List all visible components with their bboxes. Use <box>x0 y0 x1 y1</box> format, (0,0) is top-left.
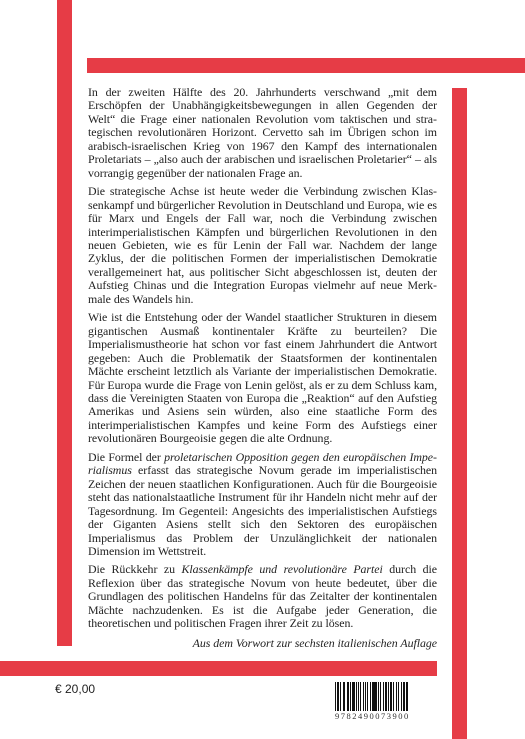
price-label: € 20,00 <box>55 682 95 696</box>
paragraph: Die Rückkehr zu Klassenkämpfe und revolu… <box>88 563 437 630</box>
paragraph: Die Formel der proletarischen Opposition… <box>88 451 437 559</box>
right-red-bar <box>452 88 467 739</box>
text-segment: Die Rückkehr zu <box>88 562 182 576</box>
barcode-bars <box>335 682 431 711</box>
barcode-bar <box>407 682 408 711</box>
text-segment: Wie ist die Entstehung oder der Wandel s… <box>88 310 437 445</box>
text-segment: erfasst das strategische Novum gerade im… <box>88 463 437 558</box>
text-segment: In der zweiten Hälfte des 20. Jahrhunder… <box>88 85 437 180</box>
source-attribution: Aus dem Vorwort zur sechsten italienisch… <box>88 637 437 650</box>
left-red-bar <box>57 0 72 646</box>
isbn-number: 9782490073900 <box>335 711 431 721</box>
blurb-text: In der zweiten Hälfte des 20. Jahrhunder… <box>88 86 437 655</box>
paragraph: In der zweiten Hälfte des 20. Jahrhunder… <box>88 86 437 180</box>
isbn-barcode: 9782490073900 <box>335 682 431 722</box>
paragraph: Die strategische Achse ist heute weder d… <box>88 185 437 306</box>
text-segment: Die Formel der <box>88 450 164 464</box>
paragraph: Wie ist die Entstehung oder der Wandel s… <box>88 311 437 446</box>
bottom-red-bar <box>0 661 437 676</box>
italic-title: Klassenkämpfe und revolutionäre Partei <box>182 562 383 576</box>
top-red-bar <box>87 58 525 73</box>
text-segment: Die strategische Achse ist heute weder d… <box>88 184 437 306</box>
